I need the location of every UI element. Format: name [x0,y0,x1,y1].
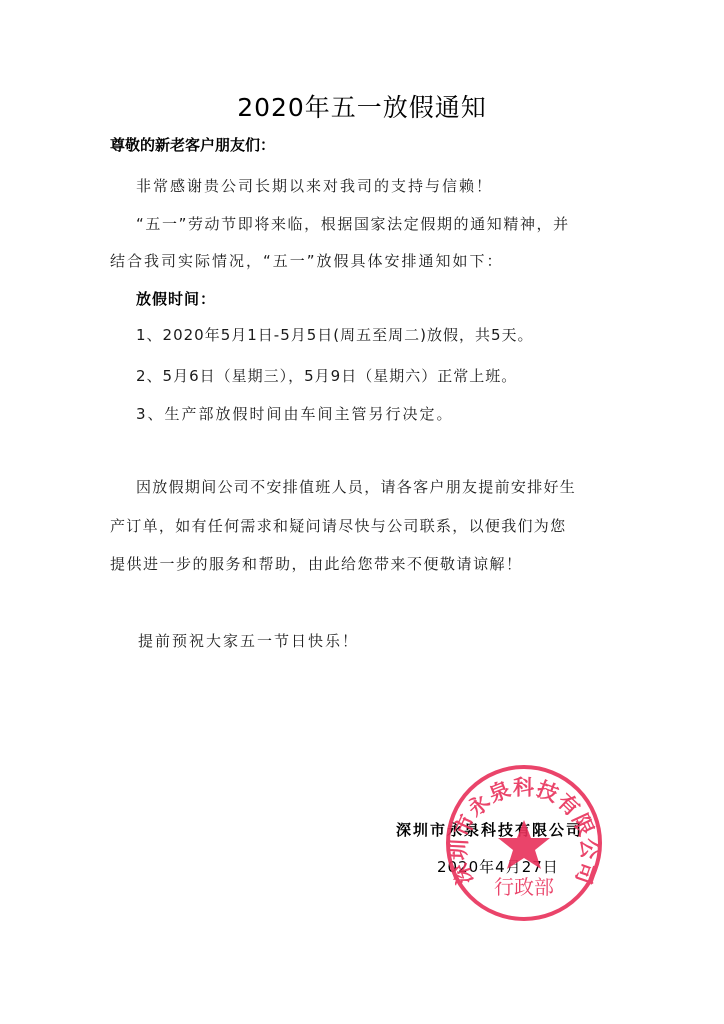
notice-line-3: 提供进一步的服务和帮助，由此给您带来不便敬请谅解！ [110,553,523,574]
schedule-item-1: 1、2020年5月1日-5月5日(周五至周二)放假，共5天。 [136,324,534,345]
schedule-item-3: 3、生产部放假时间由车间主管另行决定。 [136,403,454,424]
intro-line-1: “五一”劳动节即将来临，根据国家法定假期的通知精神，并 [136,213,570,234]
seal-department: 行政部 [494,875,554,899]
schedule-heading: 放假时间： [136,288,216,309]
greeting: 尊敬的新老客户朋友们： [110,134,275,155]
wishes: 提前预祝大家五一节日快乐！ [138,630,359,651]
intro-line-2: 结合我司实际情况，“五一”放假具体安排通知如下： [110,250,504,271]
page-title: 2020年五一放假通知 [0,88,724,124]
schedule-item-2: 2、5月6日（星期三），5月9日（星期六）正常上班。 [136,365,517,386]
notice-line-1: 因放假期间公司不安排值班人员，请各客户朋友提前安排好生 [136,476,576,497]
document-page: 2020年五一放假通知 尊敬的新老客户朋友们： 非常感谢贵公司长期以来对我司的支… [0,0,724,1024]
signature-date: 2020年4月27日 [437,856,559,877]
thanks-paragraph: 非常感谢贵公司长期以来对我司的支持与信赖！ [136,175,493,196]
company-seal-icon: 深圳市永泉科技有限公司 行政部 [443,762,605,924]
signature-company: 深圳市永泉科技有限公司 [396,819,583,840]
notice-line-2: 产订单，如有任何需求和疑问请尽快与公司联系，以便我们为您 [110,515,566,536]
